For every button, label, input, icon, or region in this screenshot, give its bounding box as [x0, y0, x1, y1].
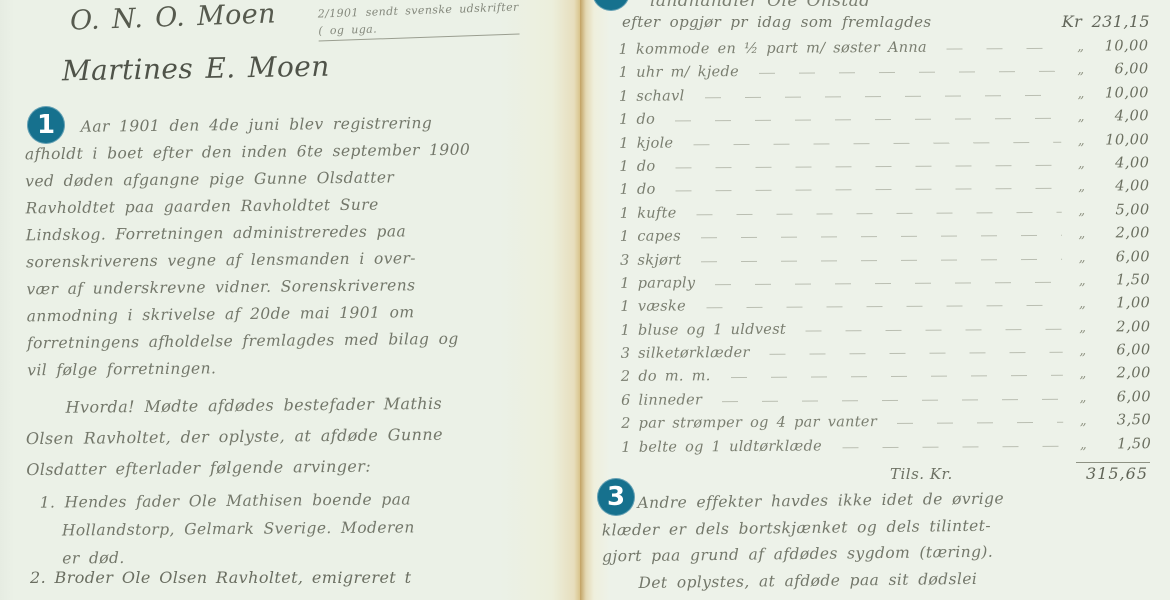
item-label: 3 silketørklæder [621, 345, 750, 362]
total-amount: 315,65 [1076, 462, 1150, 483]
leader-dashes [666, 180, 1062, 194]
ditto-mark: „ [1073, 390, 1093, 405]
leader-dashes [683, 133, 1061, 147]
item-amount: 1,50 [1092, 272, 1150, 288]
item-amount: 6,00 [1091, 62, 1149, 78]
item-amount: 4,00 [1091, 155, 1149, 171]
leader-dashes [796, 320, 1063, 333]
ditto-mark: „ [1072, 297, 1092, 312]
item-label: 1 væske [620, 299, 686, 315]
ditto-mark: „ [1071, 63, 1091, 78]
leader-dashes [694, 87, 1060, 101]
ledger-intro-text: efter opgjør pr idag som fremlagdes [622, 13, 931, 31]
annotation-badge-3[interactable]: 3 [597, 478, 635, 516]
leader-dashes [687, 203, 1062, 217]
item-label: 1 do [620, 182, 656, 198]
item-amount: 10,00 [1091, 85, 1149, 101]
ledger-top-partial-line: landhandler Ole Onstad [650, 0, 870, 11]
item-label: 1 kommode en ½ part m/ søster Anna [619, 40, 927, 58]
left-page: O. N. O. Moen 2/1901 sendt svenske udskr… [0, 0, 580, 600]
item-label: 6 linneder [621, 392, 702, 409]
leader-dashes [749, 63, 1061, 76]
item-label: 1 do [619, 159, 655, 175]
leader-dashes [665, 157, 1061, 171]
item-label: 1 paraply [620, 275, 695, 292]
item-amount: 10,00 [1091, 38, 1149, 54]
item-label: 1 kjole [619, 135, 673, 151]
text-line: Hvorda! Mødte afdødes bestefader Mathis [26, 394, 443, 429]
heir-entry-2: 2. Broder Ole Olsen Ravholtet, emigreret… [30, 568, 411, 587]
ditto-mark: „ [1072, 227, 1092, 242]
item-amount: 1,00 [1092, 295, 1150, 311]
ditto-mark: „ [1072, 320, 1092, 335]
ledger-carried-amount: Kr 231,15 [1062, 12, 1150, 31]
ditto-mark: „ [1071, 86, 1091, 101]
item-amount: 1,50 [1093, 436, 1151, 452]
paragraph-registration: Aar 1901 den 4de juni blev registrering … [25, 114, 473, 389]
ditto-mark: „ [1071, 110, 1091, 125]
item-label: 1 capes [620, 229, 681, 245]
ditto-mark: „ [1071, 157, 1091, 172]
item-amount: 4,00 [1092, 178, 1150, 194]
item-label: 3 skjørt [620, 252, 682, 268]
ledger-row: 1 belte og 1 uldtørklæde„1,50 [621, 436, 1151, 463]
ledger-total-row: Tils. Kr. 315,65 [890, 462, 1150, 483]
text-line: 1. Hendes fader Ole Mathisen boende paa [40, 490, 415, 521]
item-amount: 6,00 [1093, 342, 1151, 358]
ditto-mark: „ [1071, 133, 1091, 148]
ditto-mark: „ [1071, 40, 1091, 55]
text-line: Olsen Ravholtet, der oplyste, at afdøde … [26, 425, 443, 460]
leader-dashes [705, 274, 1062, 287]
paragraph-heirs-intro: Hvorda! Mødte afdødes bestefader Mathis … [26, 394, 444, 491]
signature-main: Martines E. Moen [62, 50, 330, 88]
item-amount: 2,00 [1092, 225, 1150, 241]
document-scan: O. N. O. Moen 2/1901 sendt svenske udskr… [0, 0, 1170, 600]
leader-dashes [691, 250, 1062, 264]
leader-dashes [760, 344, 1063, 357]
leader-dashes [665, 110, 1061, 124]
paragraph-other-effects: Andre effekter havdes ikke idet de øvrig… [601, 490, 1005, 600]
leader-dashes [721, 367, 1063, 380]
signature-top: O. N. O. Moen [70, 0, 277, 37]
item-label: 1 bluse og 1 uldvest [620, 321, 786, 338]
item-amount: 3,50 [1093, 412, 1151, 428]
leader-dashes [696, 297, 1062, 311]
annotation-badge-1[interactable]: 1 [27, 106, 65, 144]
item-label: 1 uhr m/ kjede [619, 64, 739, 81]
ditto-mark: „ [1072, 180, 1092, 195]
text-line: Olsdatter efterlader følgende arvinger: [26, 456, 443, 491]
leader-dashes [832, 437, 1063, 450]
ledger-intro-row: efter opgjør pr idag som fremlagdes Kr 2… [622, 12, 1150, 31]
item-label: 1 do [619, 112, 655, 128]
item-amount: 10,00 [1091, 132, 1149, 148]
item-amount: 6,00 [1093, 389, 1151, 405]
item-amount: 4,00 [1091, 108, 1149, 124]
item-label: 2 do m. m. [621, 369, 711, 386]
text-line: Det oplystes, at afdøde paa sit dødslei [602, 569, 1005, 600]
ditto-mark: „ [1073, 367, 1093, 382]
text-line: Hollandstorp, Gelmark Sverige. Moderen [40, 518, 415, 549]
heir-entry-1: 1. Hendes fader Ole Mathisen boende paa … [40, 490, 415, 577]
item-label: 1 kufte [620, 205, 677, 221]
total-label: Tils. Kr. [890, 465, 953, 483]
leader-dashes [887, 414, 1063, 426]
item-label: 1 belte og 1 uldtørklæde [621, 438, 822, 455]
item-label: 1 schavl [619, 88, 685, 104]
item-label: 2 par strømper og 4 par vanter [621, 414, 877, 432]
item-amount: 5,00 [1092, 202, 1150, 218]
ditto-mark: „ [1073, 414, 1093, 429]
ditto-mark: „ [1073, 344, 1093, 359]
item-amount: 6,00 [1092, 249, 1150, 265]
ledger-items: 1 kommode en ½ part m/ søster Anna„10,00… [619, 38, 1152, 463]
text-line: vil følge forretningen. [27, 357, 472, 389]
corner-note: 2/1901 sendt svenske udskrifter ( og uga… [317, 0, 519, 41]
ditto-mark: „ [1072, 250, 1092, 265]
item-amount: 2,00 [1092, 319, 1150, 335]
ditto-mark: „ [1073, 437, 1093, 452]
ditto-mark: „ [1072, 203, 1092, 218]
ditto-mark: „ [1072, 273, 1092, 288]
leader-dashes [712, 391, 1063, 404]
leader-dashes [937, 40, 1061, 52]
item-amount: 2,00 [1093, 366, 1151, 382]
leader-dashes [691, 227, 1062, 241]
